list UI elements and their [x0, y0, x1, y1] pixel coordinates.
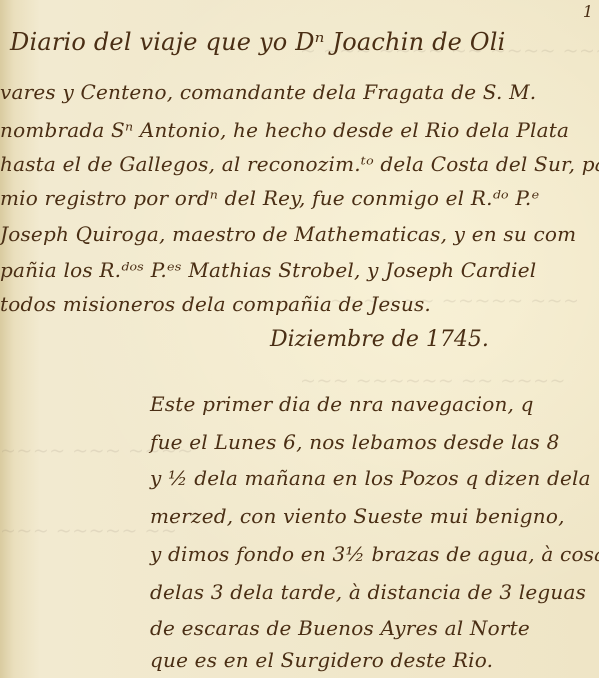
entry-line: merzed, con viento Sueste mui benigno,	[150, 504, 565, 528]
entry-line: fue el Lunes 6, nos lebamos desde las 8	[150, 430, 560, 454]
manuscript-line: nombrada Sⁿ Antonio, he hecho desde el R…	[0, 118, 569, 142]
entry-line: de escaras de Buenos Ayres al Norte	[150, 616, 530, 640]
manuscript-line: Joseph Quiroga, maestro de Mathematicas,…	[0, 222, 576, 246]
manuscript-line: Diario del viaje que yo Dⁿ Joachin de Ol…	[10, 28, 506, 56]
date-heading: Diziembre de 1745.	[270, 327, 489, 352]
entry-line: que es en el Surgidero deste Rio.	[150, 648, 493, 672]
entry-line: y ½ dela mañana en los Pozos q dizen del…	[150, 466, 591, 490]
entry-line: Este primer dia de nra navegacion, q	[150, 392, 534, 416]
manuscript-line: vares y Centeno, comandante dela Fragata…	[0, 80, 536, 104]
entry-line: delas 3 dela tarde, à distancia de 3 leg…	[150, 580, 586, 604]
bleed-through-text: ~~~ ~~~~~~ ~~ ~~~~	[300, 370, 566, 392]
manuscript-line: hasta el de Gallegos, al reconozim.ᵗᵒ de…	[0, 152, 599, 176]
manuscript-line: todos misioneros dela compañia de Jesus.	[0, 292, 431, 316]
entry-line: y dimos fondo en 3½ brazas de agua, à co…	[150, 542, 599, 566]
page-number: 1	[583, 2, 593, 21]
manuscript-line: mio registro por ordⁿ del Rey, fue conmi…	[0, 186, 539, 210]
manuscript-line: pañia los R.ᵈᵒˢ P.ᵉˢ Mathias Strobel, y …	[0, 258, 536, 282]
